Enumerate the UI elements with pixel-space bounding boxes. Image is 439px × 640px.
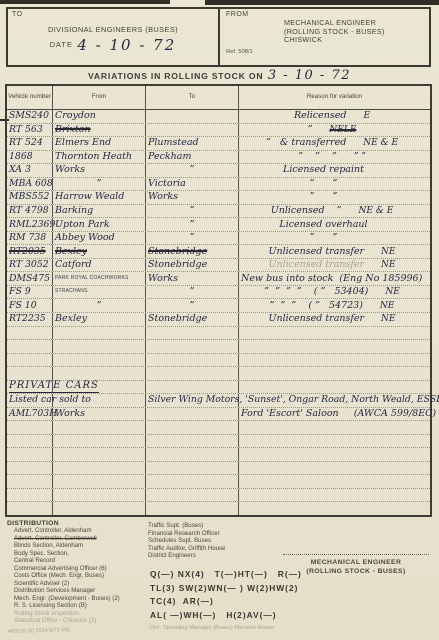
scan-artifact-top-left (0, 0, 170, 4)
vehicle-number: RT 4798 (9, 206, 49, 216)
vehicle-number: FS 9 (9, 287, 31, 297)
from-location: Catford (55, 260, 92, 270)
reason-text: ” ” (310, 179, 360, 189)
cell-v: DMS475 (7, 272, 53, 285)
distribution-item: District Engineers (148, 552, 288, 560)
cell-t: Plumstead (146, 137, 239, 150)
cell-v: RT2035 (7, 245, 53, 258)
cell-r: ”NELE (239, 124, 430, 137)
cell-f: Croydon (53, 110, 146, 123)
from-location: PARK ROYAL COACHWORKS (55, 276, 129, 282)
garage-code-line: TC(4) AR(—) (150, 595, 302, 609)
print-code: 460159 (5) 1504 6/71 500 (8, 627, 70, 635)
vehicle-number: XA 3 (9, 165, 31, 175)
column-header-to: To (146, 86, 239, 109)
cell-r (239, 475, 430, 488)
table-row: RT2035BexleyStonebridgeUnlicensed transf… (7, 245, 430, 259)
remark-code: NE (380, 301, 394, 311)
private-cars-heading: PRIVATE CARS (9, 381, 99, 393)
vehicle-number: DMS475 (9, 274, 50, 284)
cell-v: MBS552 (7, 191, 53, 204)
ref-number: Ref. 508/1 (226, 49, 423, 55)
vehicle-number: MBS552 (9, 192, 49, 202)
cell-r: ” ” ”” ” (239, 151, 430, 164)
cell-v: RT2235 (7, 313, 53, 326)
cell-t: ” (146, 205, 239, 218)
cell-r (239, 340, 430, 353)
cell-r (239, 354, 430, 367)
cell-r (239, 448, 430, 461)
vehicle-number: AML703H (9, 409, 57, 419)
reason-text: Licensed overhaul (279, 220, 389, 230)
cell-t: Peckham (146, 151, 239, 164)
to-location: Victoria (148, 179, 186, 189)
cell-r: Unlicensed transferNE (239, 259, 430, 272)
from-location: STRACHANS (55, 289, 88, 295)
vehicle-number: 1868 (9, 152, 33, 162)
date-line: DATE 4 - 10 - 72 (12, 36, 214, 55)
cell-r: ” ” (239, 232, 430, 245)
to-location: Plumstead (148, 138, 199, 148)
cell-v: RML2369 (7, 218, 53, 231)
cell-f (53, 367, 146, 380)
cell-r: RelicensedE (239, 110, 430, 123)
cell-f: Works (53, 408, 146, 421)
cell-t: ” (146, 164, 239, 177)
cell-r: Unlicensed transferNE (239, 245, 430, 258)
table-row (7, 354, 430, 368)
cell-f: Elmers End (53, 137, 146, 150)
cell-r: New bus into stock (Eng No 185996)NE (239, 272, 439, 285)
cell-v: RT 3052 (7, 259, 53, 272)
distribution-item: Distribution Services Manager (7, 587, 145, 595)
reason-text: New bus into stock (Eng No 185996) (241, 274, 439, 284)
cell-v: FS 9 (7, 286, 53, 299)
cell-v: SMS240 (7, 110, 53, 123)
table-row (7, 340, 430, 354)
cell-t (146, 110, 239, 123)
cell-v: RT 524 (7, 137, 53, 150)
from-location: Elmers End (55, 138, 111, 148)
cell-t: ” (146, 286, 239, 299)
from-location: Harrow Weald (55, 192, 124, 202)
table-row: 1868Thornton HeathPeckham” ” ”” ” (7, 151, 430, 165)
distribution-item: Statistical Office - Chiswick (2) (7, 617, 145, 625)
cell-v: FS 10 (7, 299, 53, 312)
reason-text: ” ” ” ” ( ” 53404) (264, 287, 390, 297)
cell-f (53, 475, 146, 488)
cell-v (7, 489, 53, 502)
vehicle-number: RT 563 (9, 125, 43, 135)
vehicle-number: RM 738 (9, 233, 46, 243)
to-location: ” (190, 206, 195, 216)
distribution-item: Traffic Supt. (Buses) (148, 522, 288, 530)
to-location: Stonebridge (148, 314, 207, 324)
cell-r: Licensed overhaul (239, 218, 430, 231)
vehicle-number: RT 3052 (9, 260, 49, 270)
column-header-reason: Reason for variation (239, 86, 430, 109)
cell-v (7, 448, 53, 461)
to-location: ” (190, 301, 195, 311)
cell-t (146, 381, 239, 394)
distribution-heading: DISTRIBUTION (7, 520, 145, 527)
to-location: Peckham (148, 152, 191, 162)
cell-r (239, 367, 430, 380)
to-section: TO DIVISIONAL ENGINEERS (BUSES) DATE 4 -… (8, 9, 220, 65)
date-label: DATE (50, 40, 73, 49)
cell-t (146, 421, 239, 434)
note-left: Listed car sold to (9, 395, 91, 405)
table-row: RT 3052CatfordStonebridgeUnlicensed tran… (7, 259, 430, 273)
cell-t (146, 462, 239, 475)
header-box: TO DIVISIONAL ENGINEERS (BUSES) DATE 4 -… (6, 7, 431, 67)
cell-v (7, 340, 53, 353)
distribution-item: Advert. Controller, Aldenham (7, 527, 145, 535)
cell-t (146, 435, 239, 448)
from-location: Thornton Heath (55, 152, 132, 162)
cell-r: ” ” (239, 178, 430, 191)
cell-v (7, 421, 53, 434)
cell-r: ” ” (239, 191, 430, 204)
cell-f (53, 448, 146, 461)
cell-f (53, 340, 146, 353)
cell-f: Upton Park (53, 218, 146, 231)
cell-f: Harrow Weald (53, 191, 146, 204)
garage-codes: Q(—) NX(4) T(—)HT(—) R(—)TL(3) SW(2)WN(—… (150, 568, 302, 622)
table-row: RT 4798Barking”Unlicensed ”NE & E (7, 205, 430, 219)
distribution-item: Advert. Controller, Camberwell (7, 535, 145, 543)
cell-t: ” (146, 299, 239, 312)
cell-t (146, 340, 239, 353)
cell-f (53, 489, 146, 502)
cell-v: MBA 608 (7, 178, 53, 191)
remark-code: NE (381, 247, 395, 257)
date-value-handwritten: 4 - 10 - 72 (77, 36, 176, 54)
from-location: Works (55, 409, 85, 419)
table-row: PRIVATE CARS (7, 381, 430, 395)
cell-f: Bexley (53, 313, 146, 326)
cell-v (7, 502, 53, 515)
reason-text: Licensed repaint (283, 165, 386, 175)
from-location: Croydon (55, 111, 96, 121)
to-location: Works (148, 274, 178, 284)
distribution-section: DISTRIBUTION Advert. Controller, Aldenha… (7, 520, 145, 625)
cell-t: Victoria (146, 178, 239, 191)
cell-r (239, 462, 430, 475)
cell-f: Bexley (53, 245, 146, 258)
cell-v (7, 435, 53, 448)
remark-code: E (363, 111, 370, 121)
cell-f: Catford (53, 259, 146, 272)
cell-r (239, 502, 430, 515)
cell-r: ” ” ” ” ( ” 53404)NE (239, 286, 430, 299)
cell-t (146, 367, 239, 380)
cell-f: PARK ROYAL COACHWORKS (53, 272, 146, 285)
cell-v: Listed car sold to (7, 394, 53, 407)
from-section: FROM MECHANICAL ENGINEER (ROLLING STOCK … (220, 9, 429, 65)
table-row (7, 367, 430, 381)
distribution-item: Central Record (7, 557, 145, 565)
table-row: XA 3Works”Licensed repaint (7, 164, 430, 178)
reason-text: Unlicensed transfer (268, 314, 386, 324)
table-row (7, 435, 430, 449)
cell-t (146, 354, 239, 367)
signature-title-1: MECHANICAL ENGINEER (283, 559, 429, 568)
cell-t: ” (146, 232, 239, 245)
signature-line (283, 548, 429, 555)
table-row: RT 563Brixton”NELE (7, 124, 430, 138)
vehicle-number: FS 10 (9, 301, 37, 311)
codes-footer: Divl. Operating Manager (Buses) Mansion … (150, 625, 274, 631)
cell-r (239, 435, 430, 448)
cell-t: Works (146, 191, 239, 204)
table-row: MBA 608”Victoria” ” (7, 178, 430, 192)
cell-t (146, 475, 239, 488)
cell-r (239, 489, 430, 502)
table-row: RML2369Upton Park”Licensed overhaul (7, 218, 430, 232)
to-value: DIVISIONAL ENGINEERS (BUSES) (12, 25, 214, 34)
table-row (7, 489, 430, 503)
remark-code: NE (381, 314, 395, 324)
distribution-item: Blinds Section, Aldenham (7, 542, 145, 550)
garage-code-line: Q(—) NX(4) T(—)HT(—) R(—) (150, 568, 302, 582)
cell-v: RM 738 (7, 232, 53, 245)
remark-code: NE & E (363, 138, 398, 148)
cell-f: ” (53, 299, 146, 312)
cell-r: Licensed repaint (239, 164, 430, 177)
cell-r (239, 421, 430, 434)
cell-f (53, 462, 146, 475)
cell-v (7, 367, 53, 380)
from-location: Bexley (55, 247, 87, 257)
table-header-row: Vehicle number From To Reason for variat… (7, 86, 430, 110)
table-row: AML703HWorksFord 'Escort' Saloon (AWCA 5… (7, 408, 430, 422)
cell-f: ” (53, 178, 146, 191)
cell-v: RT 563 (7, 124, 53, 137)
table-row (7, 327, 430, 341)
cell-t: Stonebridge (146, 313, 239, 326)
cell-t (146, 327, 239, 340)
cell-t: Works (146, 272, 239, 285)
to-location: ” (190, 287, 195, 297)
table-row (7, 448, 430, 462)
cell-r (239, 381, 430, 394)
garage-code-line: AL( —)WH(—) H(2)AV(—) (150, 609, 302, 623)
cell-v: RT 4798 (7, 205, 53, 218)
cell-t: Stonebridge (146, 245, 239, 258)
cell-t (146, 502, 239, 515)
column-header-from: From (53, 86, 146, 109)
vehicle-number: RT2035 (9, 247, 46, 257)
table-row: RT2235BexleyStonebridgeUnlicensed transf… (7, 313, 430, 327)
to-location: Stonebridge (148, 260, 207, 270)
vehicle-number: MBA 608 (9, 179, 53, 189)
reason-text: ” ” ” (298, 152, 359, 162)
cell-f (53, 354, 146, 367)
vehicle-number: SMS240 (9, 111, 49, 121)
distribution-item: R. S. Licensing Section (B) (7, 602, 145, 610)
remark-code: NELE (329, 125, 356, 135)
cell-t (146, 448, 239, 461)
title-date-handwritten: 3 - 10 - 72 (268, 68, 351, 83)
reason-text: ” & transferred (266, 138, 368, 148)
cell-r: Unlicensed ”NE & E (239, 205, 430, 218)
cell-v (7, 354, 53, 367)
cell-v (7, 462, 53, 475)
cell-r: Ford 'Escort' Saloon (AWCA 599/8EC) (239, 408, 439, 421)
reason-text: ” ” (310, 192, 360, 202)
reason-text: Unlicensed ” (271, 206, 364, 216)
distribution-item: Mech. Engr. (Development - Buses) (2) (7, 595, 145, 603)
distribution-item: Schedules Supt. Buses (148, 537, 288, 545)
from-label: FROM (226, 11, 423, 18)
cell-r: ” & transferredNE & E (239, 137, 430, 150)
column-header-vehicle: Vehicle number (7, 86, 53, 109)
cell-f (53, 327, 146, 340)
from-location: Bexley (55, 314, 87, 324)
vehicle-number: RT 524 (9, 138, 43, 148)
table-row (7, 421, 430, 435)
distribution-item: Costs Office (Mech. Engr, Buses) (7, 572, 145, 580)
to-label: TO (12, 11, 214, 18)
cell-f: STRACHANS (53, 286, 146, 299)
cell-f (53, 435, 146, 448)
cell-f: Brixton (53, 124, 146, 137)
from-address: MECHANICAL ENGINEER (ROLLING STOCK - BUS… (284, 19, 423, 45)
cell-t (146, 408, 239, 421)
reason-text: Relicensed (294, 111, 369, 121)
to-location: ” (190, 233, 195, 243)
table-row: RM 738Abbey Wood”” ” (7, 232, 430, 246)
from-location: Barking (55, 206, 93, 216)
table-row: MBS552Harrow WealdWorks” ” (7, 191, 430, 205)
title-text: VARIATIONS IN ROLLING STOCK ON (88, 71, 263, 81)
distribution-item: Rolling Stock Inspection (7, 610, 145, 618)
remark-code: NE & E (359, 206, 394, 216)
table-row: Listed car sold toSilver Wing Motors, 'S… (7, 394, 430, 408)
cell-r: Unlicensed transferNE (239, 313, 430, 326)
cell-r (239, 327, 430, 340)
cell-t: Silver Wing Motors, 'Sunset', Ongar Road… (146, 394, 239, 407)
reason-text: ” ” (310, 233, 360, 243)
document-title: VARIATIONS IN ROLLING STOCK ON 3 - 10 - … (0, 66, 439, 84)
table-row (7, 475, 430, 489)
from-line: CHISWICK (284, 36, 423, 45)
cell-f (53, 502, 146, 515)
cell-v: XA 3 (7, 164, 53, 177)
distribution-item: Scientific Adviser (2) (7, 580, 145, 588)
table-row: DMS475PARK ROYAL COACHWORKSWorksNew bus … (7, 272, 430, 286)
cell-v (7, 475, 53, 488)
signature-title-2: (ROLLING STOCK - BUSES) (283, 568, 429, 577)
cell-r: ” ” ” ( ” 54723)NE (239, 299, 430, 312)
distribution-item: Financial Research Officer (148, 530, 288, 538)
reason-text: ” ” ” ( ” 54723) (270, 301, 385, 311)
distribution-middle-list: Traffic Supt. (Buses)Financial Research … (148, 522, 288, 560)
cell-f: Abbey Wood (53, 232, 146, 245)
cell-f (53, 421, 146, 434)
remark-code: NE (381, 260, 395, 270)
table-row: SMS240CroydonRelicensedE (7, 110, 430, 124)
from-location: ” (97, 179, 102, 189)
table-row (7, 462, 430, 476)
to-location: Works (148, 192, 178, 202)
table-row: FS 10””” ” ” ( ” 54723)NE (7, 299, 430, 313)
reason-text: Unlicensed transfer (268, 247, 386, 257)
from-location: Works (55, 165, 85, 175)
cell-t: Stonebridge (146, 259, 239, 272)
from-location: ” (97, 301, 102, 311)
cell-v: AML703H (7, 408, 53, 421)
cell-f: Thornton Heath (53, 151, 146, 164)
to-location: ” (190, 165, 195, 175)
remark-code: ” ” (354, 152, 366, 162)
vehicle-number: RT2235 (9, 314, 46, 324)
to-location: ” (190, 220, 195, 230)
vehicle-number: RML2369 (9, 220, 55, 230)
table-row (7, 502, 430, 515)
table-row: FS 9STRACHANS”” ” ” ” ( ” 53404)NE (7, 286, 430, 300)
reason-text: Ford 'Escort' Saloon (AWCA 599/8EC) (241, 409, 439, 419)
from-location: Abbey Wood (55, 233, 115, 243)
reason-text: Unlicensed transfer (268, 260, 386, 270)
distribution-left-list: Advert. Controller, AldenhamAdvert. Cont… (7, 527, 145, 625)
cell-t: ” (146, 218, 239, 231)
garage-code-line: TL(3) SW(2)WN(— ) W(2)HW(2) (150, 582, 302, 596)
to-location: Stonebridge (148, 247, 207, 257)
cell-t (146, 489, 239, 502)
from-location: Upton Park (55, 220, 110, 230)
table-row: RT 524Elmers EndPlumstead” & transferred… (7, 137, 430, 151)
cell-v: PRIVATE CARS (7, 381, 53, 394)
cell-v: 1868 (7, 151, 53, 164)
cell-v (7, 327, 53, 340)
cell-f: Barking (53, 205, 146, 218)
rolling-stock-table: Vehicle number From To Reason for variat… (5, 84, 432, 517)
cell-f: Works (53, 164, 146, 177)
signature-block: MECHANICAL ENGINEER (ROLLING STOCK - BUS… (283, 548, 429, 576)
scan-artifact-top-right (205, 0, 439, 5)
from-location: Brixton (55, 125, 91, 135)
note-right: Silver Wing Motors, 'Sunset', Ongar Road… (148, 395, 439, 405)
cell-t (146, 124, 239, 137)
remark-code: NE (385, 287, 399, 297)
distribution-item: Commercial Advertising Officer (6) (7, 565, 145, 573)
distribution-item: Traffic Auditor, Griffith House (148, 545, 288, 553)
table-body: SMS240CroydonRelicensedERT 563Brixton”NE… (7, 110, 430, 515)
distribution-item: Body Spec. Section, (7, 550, 145, 558)
